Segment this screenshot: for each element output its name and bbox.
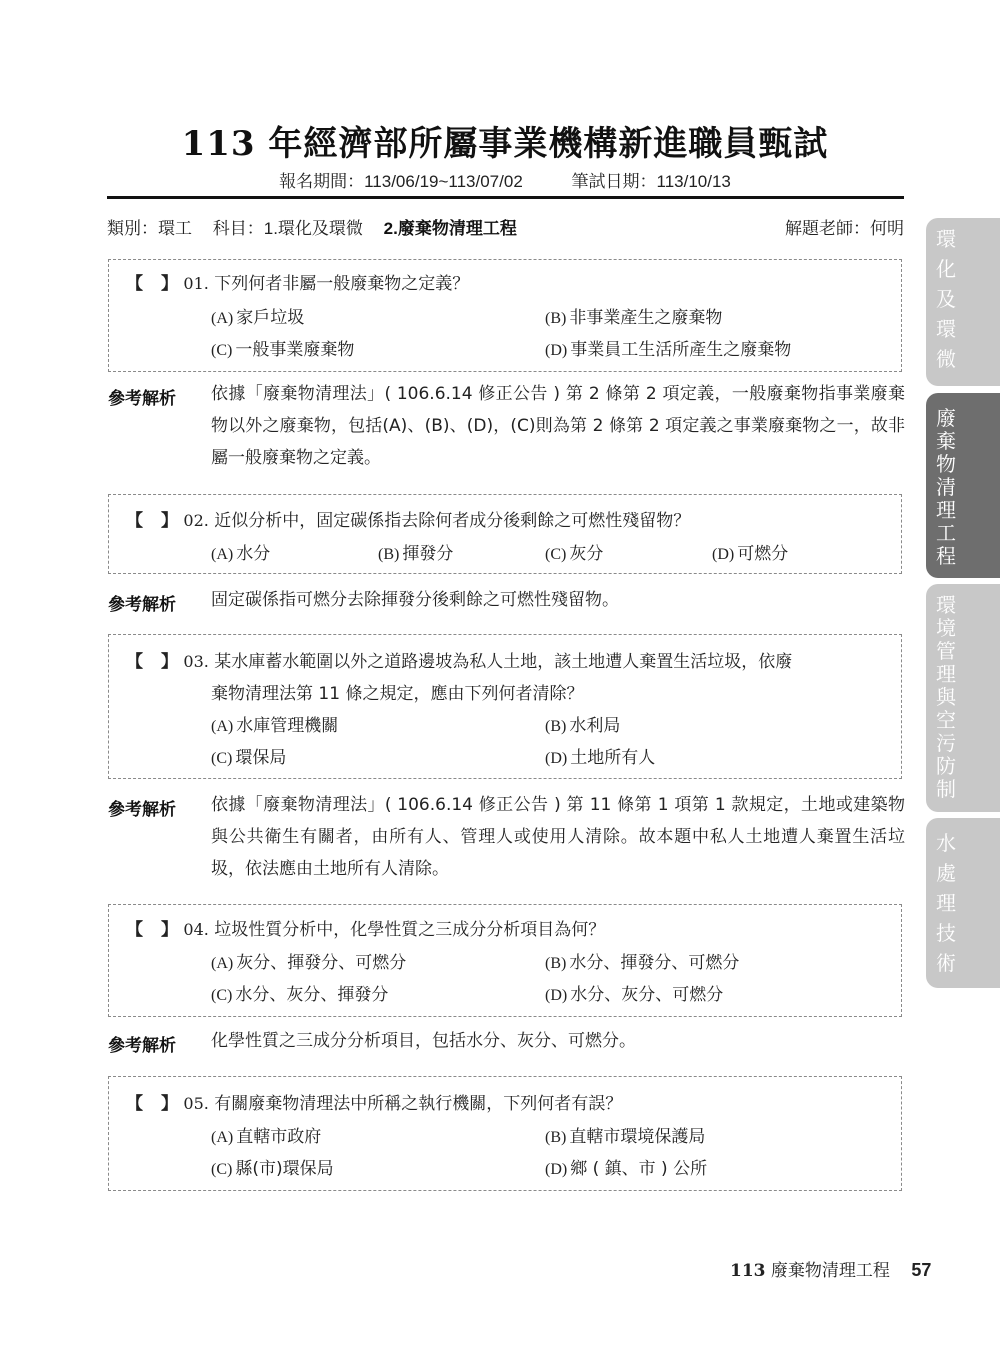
page-footer: 113 廢棄物清理工程 57: [730, 1256, 931, 1281]
exam-date: 筆試日期：113/10/13: [572, 172, 731, 191]
question-01-stem: 【】 01. 下列何者非屬一般廢棄物之定義？: [126, 272, 469, 296]
question-04-stem: 【】 04. 垃圾性質分析中，化學性質之三成分分析項目為何？: [126, 918, 605, 942]
page-number: 57: [911, 1260, 931, 1280]
answer-explanation-02: 固定碳係指可燃分去除揮發分後剩餘之可燃性殘留物。: [211, 584, 905, 616]
question-03-stem-cont: 棄物清理法第 11 條之規定，應由下列何者清除？: [211, 682, 583, 706]
question-03-stem: 【】 03. 某水庫蓄水範圍以外之道路邊坡為私人土地，該土地遭人棄置生活垃圾，依…: [126, 650, 792, 674]
question-text: 有關廢棄物清理法中所稱之執行機關，下列何者有誤？: [214, 1094, 622, 1114]
teacher: 解題老師：何明: [785, 214, 904, 239]
option-d: (D)水分、灰分、可燃分: [545, 983, 723, 1008]
registration-period: 報名期間：113/06/19~113/07/02: [279, 172, 523, 191]
option-c: (C)環保局: [211, 746, 286, 771]
answer-label: 參考解析: [108, 590, 176, 615]
question-text: 下列何者非屬一般廢棄物之定義？: [214, 274, 469, 294]
answer-label: 參考解析: [108, 1031, 176, 1056]
side-tab-env-management[interactable]: 環 境 管 理 與 空 污 防 制: [926, 584, 1000, 812]
exam-meta: 類別：環工 科目：1.環化及環微 2.廢棄物清理工程 解題老師：何明: [107, 214, 904, 239]
option-a: (A)水分: [211, 542, 270, 567]
option-a: (A)直轄市政府: [211, 1125, 321, 1150]
option-a: (A)家戶垃圾: [211, 306, 304, 331]
footer-year: 113: [730, 1261, 766, 1281]
question-02-stem: 【】 02. 近似分析中，固定碳係指去除何者成分後剩餘之可燃性殘留物？: [126, 509, 690, 533]
option-a: (A)灰分、揮發分、可燃分: [211, 951, 406, 976]
option-d: (D)可燃分: [712, 542, 788, 567]
question-text: 某水庫蓄水範圍以外之道路邊坡為私人土地，該土地遭人棄置生活垃圾，依廢: [214, 652, 792, 672]
header-divider: [107, 196, 904, 199]
answer-explanation-04: 化學性質之三成分分析項目，包括水分、灰分、可燃分。: [211, 1025, 905, 1057]
answer-bracket-open: 【: [126, 274, 143, 294]
answer-explanation-03: 依據「廢棄物清理法」( 106.6.14 修正公告 ) 第 11 條第 1 項第…: [211, 789, 905, 885]
subject-label: 科目：1.環化及環微: [213, 219, 363, 238]
option-c: (C)水分、灰分、揮發分: [211, 983, 388, 1008]
side-tab-waste-engineering[interactable]: 廢 棄 物 清 理 工 程: [926, 393, 1000, 578]
footer-section: 廢棄物清理工程: [771, 1261, 890, 1281]
option-c: (C)灰分: [545, 542, 603, 567]
question-text: 垃圾性質分析中，化學性質之三成分分析項目為何？: [214, 920, 605, 940]
exam-dates: 報名期間：113/06/19~113/07/02 筆試日期：113/10/13: [100, 167, 910, 192]
answer-label: 參考解析: [108, 384, 176, 409]
option-b: (B)水分、揮發分、可燃分: [545, 951, 739, 976]
option-d: (D)土地所有人: [545, 746, 655, 771]
page-title: 113 年經濟部所屬事業機構新進職員甄試: [100, 116, 910, 165]
option-b: (B)直轄市環境保護局: [545, 1125, 705, 1150]
option-c: (C)一般事業廢棄物: [211, 338, 354, 363]
option-d: (D)事業員工生活所產生之廢棄物: [545, 338, 791, 363]
side-tab-env-chem-micro[interactable]: 環 化 及 環 微: [926, 218, 1000, 386]
answer-label: 參考解析: [108, 795, 176, 820]
category: 類別：環工: [107, 219, 192, 238]
answer-explanation-01: 依據「廢棄物清理法」( 106.6.14 修正公告 ) 第 2 條第 2 項定義…: [211, 378, 905, 474]
question-05-stem: 【】 05. 有關廢棄物清理法中所稱之執行機關，下列何者有誤？: [126, 1092, 622, 1116]
option-a: (A)水庫管理機關: [211, 714, 338, 739]
option-b: (B)水利局: [545, 714, 620, 739]
option-c: (C)縣(市)環保局: [211, 1157, 334, 1182]
answer-bracket-close: 】: [161, 274, 178, 294]
question-number: 01.: [183, 274, 208, 293]
option-b: (B)非事業產生之廢棄物: [545, 306, 722, 331]
option-b: (B)揮發分: [378, 542, 453, 567]
question-text: 近似分析中，固定碳係指去除何者成分後剩餘之可燃性殘留物？: [214, 511, 690, 531]
option-d: (D)鄉 ( 鎮、市 ) 公所: [545, 1157, 707, 1182]
subject-current: 2.廢棄物清理工程: [384, 219, 517, 238]
side-tab-water-treatment[interactable]: 水 處 理 技 術: [926, 818, 1000, 988]
